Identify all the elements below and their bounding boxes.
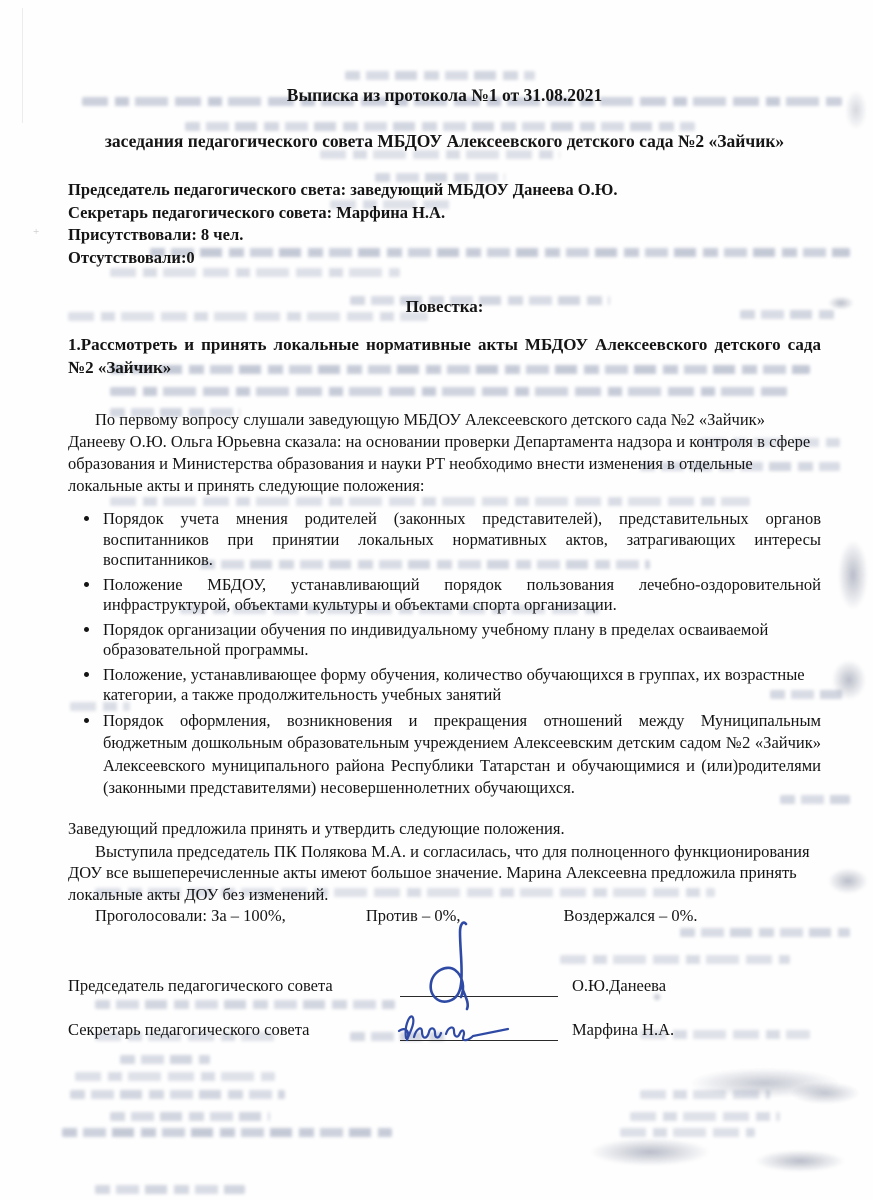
noise-speck: [790, 1082, 860, 1104]
document-content: Выписка из протокола №1 от 31.08.2021 за…: [68, 84, 821, 1061]
absent-line: Отсутствовали:0: [68, 247, 821, 270]
noise-speck: [590, 1138, 710, 1166]
signature-row-chairman: Председатель педагогического совета О.Ю.…: [68, 973, 821, 997]
bleed-through-line: [110, 1112, 270, 1121]
bleed-through-line: [70, 1090, 285, 1099]
agenda-item-1: 1.Рассмотреть и принять локальные нормат…: [68, 333, 821, 379]
list-item: Порядок оформления, возникновения и прек…: [101, 710, 821, 800]
present-line: Присутствовали: 8 чел.: [68, 224, 821, 247]
paragraph-proposal: Заведующий предложила принять и утвердит…: [68, 818, 821, 840]
vote-abstain: Воздержался – 0%.: [563, 905, 697, 927]
list-item: Положение МБДОУ, устанавливающий порядок…: [101, 575, 821, 616]
bleed-through-line: [75, 1072, 275, 1081]
local-acts-list: Порядок учета мнения родителей (законных…: [68, 509, 821, 800]
bleed-through-line: [62, 1128, 392, 1137]
paragraph-first-question: По первому вопросу слушали заведующую МБ…: [68, 409, 821, 497]
signature-line: [400, 1018, 558, 1041]
signature-role: Председатель педагогического совета: [68, 975, 400, 997]
scan-plus-artifact: +: [33, 226, 39, 238]
secretary-line: Секретарь педагогического совета: Марфин…: [68, 202, 821, 225]
scan-edge-artifact: [22, 8, 23, 123]
signature-row-secretary: Секретарь педагогического совета Марфина…: [68, 1017, 821, 1041]
signature-name: Марфина Н.А.: [572, 1019, 674, 1041]
vote-for: Проголосовали: За – 100%,: [95, 905, 286, 927]
bleed-through-line: [620, 1128, 755, 1137]
bleed-through-line: [95, 1185, 245, 1194]
secretary-signature-icon: [396, 1007, 514, 1047]
paragraph-speech: Выступила председатель ПК Полякова М.А. …: [68, 841, 821, 906]
agenda-heading: Повестка:: [68, 296, 821, 318]
list-item: Порядок организации обучения по индивиду…: [101, 620, 821, 661]
noise-speck: [828, 296, 854, 310]
list-item: Положение, устанавливающее форму обучени…: [101, 665, 821, 706]
scanned-document-page: + Выписка из протокола №1 от 31.08.2021 …: [0, 0, 873, 1200]
meeting-meta: Председатель педагогического света: заве…: [68, 179, 821, 269]
noise-speck: [845, 90, 867, 130]
noise-speck: [755, 1150, 845, 1172]
chairman-line: Председатель педагогического света: заве…: [68, 179, 821, 202]
signature-role: Секретарь педагогического совета: [68, 1019, 400, 1041]
signature-name: О.Ю.Данеева: [572, 975, 666, 997]
list-item: Порядок учета мнения родителей (законных…: [101, 509, 821, 571]
noise-speck: [832, 660, 866, 700]
signature-block: Председатель педагогического совета О.Ю.…: [68, 973, 821, 1041]
bleed-through-line: [345, 71, 535, 80]
bleed-through-line: [630, 1112, 780, 1121]
signature-line: [400, 974, 558, 997]
document-title-line2: заседания педагогического совета МБДОУ А…: [68, 130, 821, 152]
document-title-line1: Выписка из протокола №1 от 31.08.2021: [68, 84, 821, 106]
chairman-signature-icon: [424, 918, 490, 1010]
noise-speck: [838, 540, 868, 610]
noise-speck: [828, 868, 868, 894]
